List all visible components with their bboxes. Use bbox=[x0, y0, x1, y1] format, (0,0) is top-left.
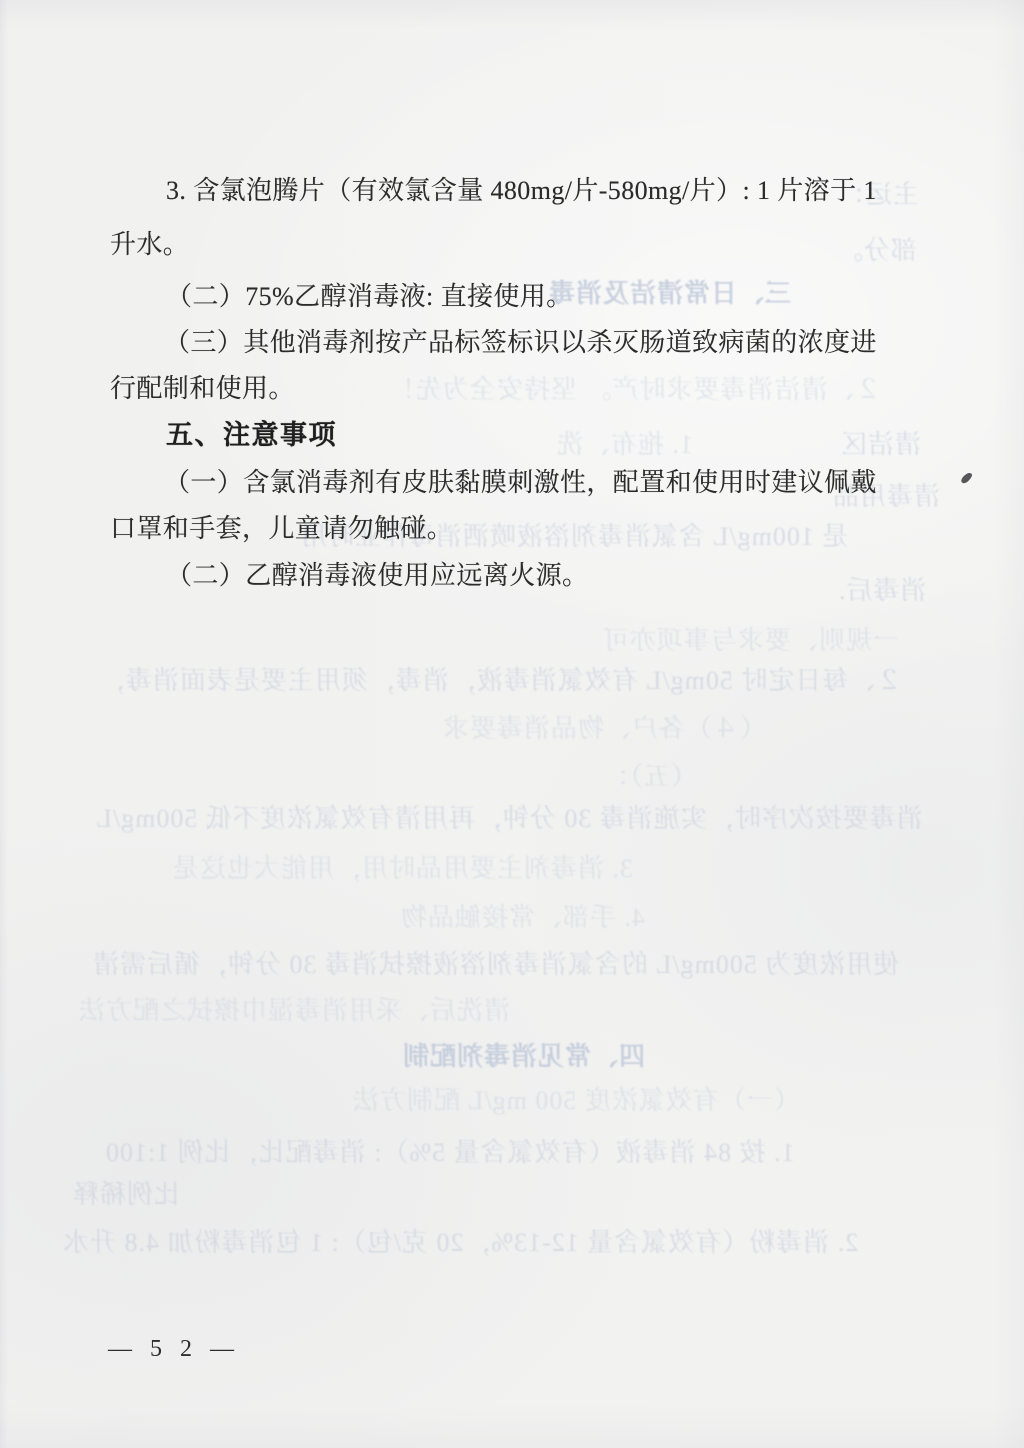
page-number: — 5 2 — bbox=[108, 1336, 240, 1363]
bleedthrough-text-line: 1. 按 84 消毒液（有效氯含量 5%）: 消毒配比，比例 1:100 bbox=[105, 1140, 795, 1166]
bleedthrough-text-line: 比例稀释 bbox=[72, 1182, 180, 1208]
bleedthrough-text-line: （五）： bbox=[602, 764, 697, 790]
bleedthrough-text-line: 三、日常清洁及消毒 bbox=[548, 281, 791, 307]
bleedthrough-text-line: 2. 消毒粉（有效氯含量 12-13%，20 克/包）: 1 包消毒粉加 4.8… bbox=[62, 1230, 858, 1256]
paragraph-line: 行配制和使用。 bbox=[110, 374, 295, 404]
bleedthrough-text-line: 一规则、要求与事项亦可 bbox=[602, 628, 899, 654]
section-heading: 五、注意事项 bbox=[166, 420, 337, 451]
bleedthrough-text-line: （４）各户、物品消毒要求 bbox=[442, 716, 766, 742]
paragraph-line: （三）其他消毒剂按产品标签标识以杀灭肠道致病菌的浓度进 bbox=[164, 328, 877, 358]
bleedthrough-text-line: 部分。 bbox=[836, 238, 917, 264]
bleedthrough-text-line: 1. 拖布、洗 bbox=[556, 432, 693, 458]
bleedthrough-text-line: 3. 消毒剂主要用品时用，用能大也这是 bbox=[172, 856, 633, 882]
paragraph-line: 口罩和手套，儿童请勿触碰。 bbox=[110, 514, 453, 544]
bleedthrough-text-line: 清洁区 bbox=[840, 432, 921, 458]
bleedthrough-text-line: 清洗后、采用消毒湿巾擦拭之配方法 bbox=[78, 998, 510, 1024]
bleedthrough-text-line: （一）有效氯浓度 500 mg/L 配制方法 bbox=[352, 1088, 800, 1114]
ink-speck bbox=[959, 472, 973, 485]
paragraph-line: 升水。 bbox=[110, 230, 189, 260]
bleedthrough-text-line: ２、每日定时 50mg/L 有效氯消毒液，消毒，须用主要是表面消毒， bbox=[98, 668, 902, 694]
scanned-document-page: 主运： 部分。 三、日常清洁及消毒 ２、清洁消毒要求时产。 坚持安全为先！ 1.… bbox=[0, 0, 1024, 1448]
bleedthrough-text-line: 消毒后. bbox=[838, 578, 927, 604]
bleedthrough-text-line: 使用浓度为 500mg/L 的含氯消毒剂溶液擦拭消毒 30 分钟，循后需清 bbox=[92, 952, 899, 978]
bleedthrough-text-line: ２、清洁消毒要求时产。 坚持安全为先！ bbox=[388, 377, 882, 403]
paragraph-line: （一）含氯消毒剂有皮肤黏膜刺激性，配置和使用时建议佩戴 bbox=[164, 468, 877, 498]
bleedthrough-text-line: 消毒要按次序时，实施消毒 30 分钟，再用清有效氯浓度不低 500mg/L bbox=[95, 806, 923, 832]
paragraph-line: （二）75%乙醇消毒液: 直接使用。 bbox=[166, 282, 573, 312]
bleedthrough-text-line: 4. 手部、常接触品物 bbox=[400, 905, 645, 931]
paragraph-line: （二）乙醇消毒液使用应远离火源。 bbox=[166, 561, 588, 591]
paragraph-line: 3. 含氯泡腾片（有效氯含量 480mg/片-580mg/片）: 1 片溶于 1 bbox=[166, 176, 877, 206]
bleedthrough-text-line: 四、常见消毒剂配制 bbox=[402, 1044, 645, 1070]
